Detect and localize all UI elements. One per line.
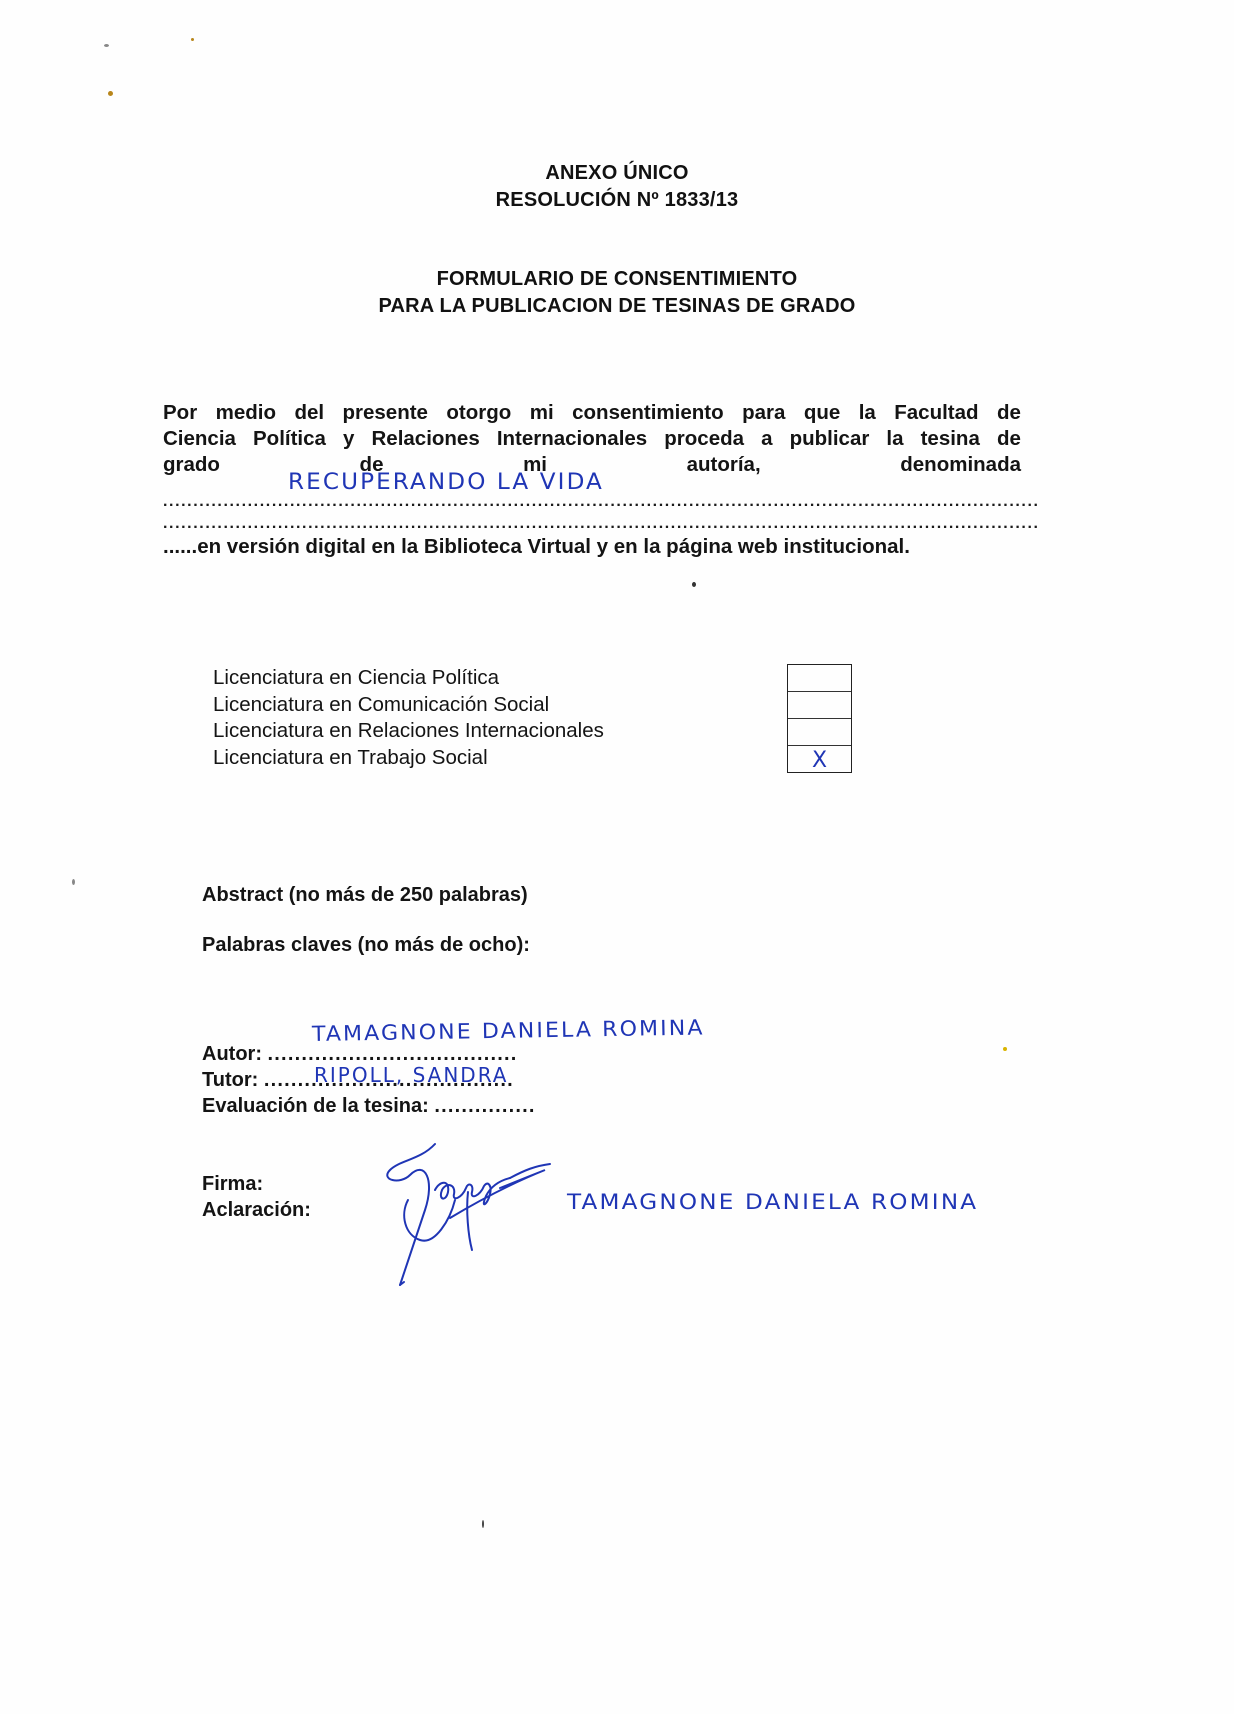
consent-word: otorgo <box>446 400 511 426</box>
tutor-label: Tutor: <box>202 1069 258 1091</box>
degree-label-comunicacion-social: Licenciatura en Comunicación Social <box>213 692 604 719</box>
consent-last-line-text: en versión digital en la Biblioteca Virt… <box>197 535 910 558</box>
checkbox-trabajo-social[interactable]: X <box>788 746 851 772</box>
author-handwritten: TAMAGNONE DANIELA ROMINA <box>312 1015 705 1046</box>
degree-checkbox-column: X <box>787 664 852 773</box>
checkbox-ciencia-politica[interactable] <box>788 665 851 692</box>
consent-word: tesina <box>921 426 980 452</box>
degree-list: Licenciatura en Ciencia Política Licenci… <box>213 665 604 771</box>
scan-speck <box>1003 1047 1007 1051</box>
consent-line-1: Pormediodelpresenteotorgomiconsentimient… <box>163 400 1021 426</box>
consent-word: Por <box>163 400 197 426</box>
annex-title: ANEXO ÚNICO <box>0 162 1234 185</box>
consent-word: la <box>859 400 876 426</box>
consent-word: de <box>997 426 1021 452</box>
thesis-title-handwritten: RECUPERANDO LA VIDA <box>288 470 604 495</box>
thesis-title-dotted-line-2: ........................................… <box>163 516 1037 532</box>
handwritten-signature <box>380 1140 590 1290</box>
degree-label-trabajo-social: Licenciatura en Trabajo Social <box>213 745 604 772</box>
consent-word: a <box>761 426 772 452</box>
consent-word: y <box>343 426 354 452</box>
consent-word: Facultad <box>894 400 978 426</box>
scan-speck <box>692 582 696 587</box>
consent-word: la <box>886 426 903 452</box>
scanned-form-page: ANEXO ÚNICO RESOLUCIÓN Nº 1833/13 FORMUL… <box>0 0 1234 1714</box>
evaluation-label: Evaluación de la tesina: <box>202 1095 429 1117</box>
clarification-label: Aclaración: <box>202 1199 311 1222</box>
consent-word: para <box>742 400 785 426</box>
consent-word: autoría, <box>687 452 761 478</box>
author-label: Autor: <box>202 1043 262 1065</box>
consent-word: presente <box>343 400 428 426</box>
form-title-line-2: PARA LA PUBLICACION DE TESINAS DE GRADO <box>0 295 1234 318</box>
evaluation-field: Evaluación de la tesina: ............... <box>202 1095 536 1118</box>
degree-label-ciencia-politica: Licenciatura en Ciencia Política <box>213 665 604 692</box>
scan-speck <box>104 44 109 47</box>
clarification-handwritten: TAMAGNONE DANIELA ROMINA <box>567 1190 978 1214</box>
thesis-title-dotted-line-1: ........................................… <box>163 494 1037 510</box>
consent-word: del <box>294 400 324 426</box>
consent-last-line-dots: ...... <box>163 535 197 558</box>
consent-word: medio <box>216 400 276 426</box>
resolution-number: RESOLUCIÓN Nº 1833/13 <box>0 189 1234 212</box>
consent-word: Internacionales <box>497 426 647 452</box>
tutor-field: Tutor: .................................… <box>202 1069 514 1092</box>
consent-word: mi <box>530 400 554 426</box>
form-title-line-1: FORMULARIO DE CONSENTIMIENTO <box>0 268 1234 291</box>
consent-word: publicar <box>790 426 870 452</box>
consent-word: que <box>804 400 840 426</box>
consent-word: de <box>997 400 1021 426</box>
x-mark-icon: X <box>788 748 851 773</box>
keywords-label: Palabras claves (no más de ocho): <box>202 934 530 957</box>
abstract-label: Abstract (no más de 250 palabras) <box>202 884 528 907</box>
consent-word: proceda <box>664 426 744 452</box>
consent-word: denominada <box>900 452 1021 478</box>
author-dots: ..................................... <box>268 1043 518 1065</box>
degree-label-relaciones-internacionales: Licenciatura en Relaciones Internacional… <box>213 718 604 745</box>
evaluation-dots: ............... <box>434 1095 535 1117</box>
consent-word: grado <box>163 452 220 478</box>
scan-speck <box>482 1520 484 1528</box>
consent-word: Política <box>253 426 326 452</box>
checkbox-relaciones-internacionales[interactable] <box>788 719 851 746</box>
tutor-dots: ..................................... <box>264 1069 514 1091</box>
consent-word: Ciencia <box>163 426 236 452</box>
checkbox-comunicacion-social[interactable] <box>788 692 851 719</box>
consent-word: Relaciones <box>371 426 479 452</box>
consent-line-2: CienciaPolíticayRelacionesInternacionale… <box>163 426 1021 452</box>
scan-speck <box>191 38 194 41</box>
signature-label: Firma: <box>202 1173 263 1196</box>
scan-speck <box>108 91 113 96</box>
scan-speck <box>72 879 75 885</box>
consent-word: consentimiento <box>572 400 724 426</box>
consent-last-line: ......en versión digital en la Bibliotec… <box>163 534 1021 560</box>
